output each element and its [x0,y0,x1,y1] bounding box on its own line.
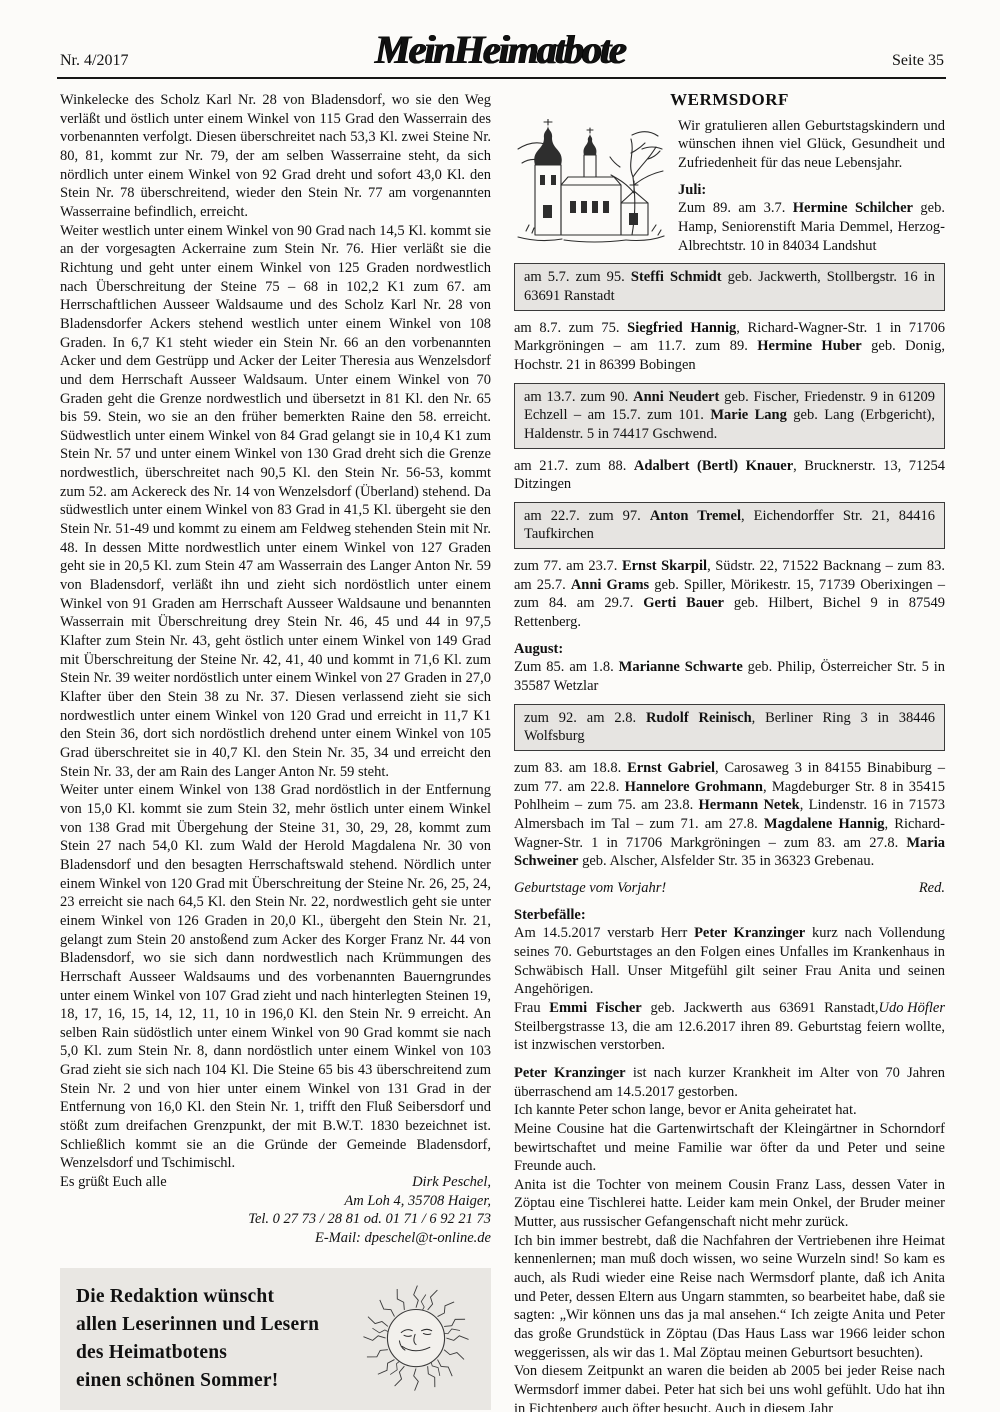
boxed-birthday-entry: am 22.7. zum 97. Anton Tremel, Eichendor… [514,502,945,549]
memorial-paragraph: Peter Kranzinger ist nach kurzer Krankhe… [514,1064,945,1101]
birthday-entry: am 22.7. zum 97. Anton Tremel, Eichendor… [524,507,935,544]
redaktion-line: Die Redaktion wünscht [76,1283,319,1311]
signature-phone: Tel. 0 27 73 / 28 81 od. 01 71 / 6 92 21… [60,1210,491,1229]
newspaper-page: Nr. 4/2017 MeinHeimatbote Seite 35 Winke… [0,0,1000,1412]
vorjahr-note-row: Geburtstage vom Vorjahr! Red. [514,879,945,898]
boxed-birthday-entry: am 5.7. zum 95. Steffi Schmidt geb. Jack… [514,263,945,310]
page-number: Seite 35 [892,52,944,70]
birthday-entry: zum 83. am 18.8. Ernst Gabriel, Carosawe… [514,759,945,871]
redaktion-line: des Heimatbotens [76,1339,319,1367]
memorial-paragraph: Ich kannte Peter schon lange, bevor er A… [514,1101,945,1120]
church-icon [514,119,666,247]
memorial-paragraph: Anita ist die Tochter von meinem Cousin … [514,1176,945,1232]
month-heading-august: August: [514,640,945,659]
section-title-wermsdorf: WERMSDORF [514,91,945,110]
masthead-title: MeinHeimatbote [0,26,1000,73]
boundary-description-paragraph-1: Winkelecke des Scholz Karl Nr. 28 von Bl… [60,91,491,222]
redaktion-line: einen schönen Sommer! [76,1367,319,1395]
memorial-paragraph: Ich bin immer bestrebt, daß die Nachfahr… [514,1232,945,1363]
signature-email: E-Mail: dpeschel@t-online.de [60,1229,491,1248]
memorial-text: Peter Kranzinger ist nach kurzer Krankhe… [514,1064,945,1412]
left-column: Winkelecke des Scholz Karl Nr. 28 von Bl… [60,91,491,1412]
closing-greeting: Es grüßt Euch alle [60,1173,167,1192]
birthday-entry: am 8.7. zum 75. Siegfried Hannig, Richar… [514,319,945,375]
birthday-entry: am 13.7. zum 90. Anni Neudert geb. Fisch… [524,388,935,444]
boundary-description-paragraph-3: Weiter unter einem Winkel von 138 Grad n… [60,781,491,1173]
obituary-notice: Am 14.5.2017 verstarb Herr Peter Kranzin… [514,924,945,999]
vorjahr-note: Geburtstage vom Vorjahr! [514,879,666,898]
header-rule [57,77,946,79]
closing-row: Es grüßt Euch alle Dirk Peschel, [60,1173,491,1192]
redaktion-abbrev: Red. [919,879,945,898]
birthday-entry: am 5.7. zum 95. Steffi Schmidt geb. Jack… [524,268,935,305]
birthday-entry: zum 77. am 23.7. Ernst Skarpil, Südstr. … [514,557,945,632]
boxed-birthday-entry: am 13.7. zum 90. Anni Neudert geb. Fisch… [514,383,945,449]
signature-name: Dirk Peschel, [412,1173,491,1192]
sterbefaelle-heading: Sterbefälle: [514,906,945,925]
birthday-entry: zum 92. am 2.8. Rudolf Reinisch, Berline… [524,709,935,746]
memorial-paragraph: Von diesem Zeitpunkt an waren die beiden… [514,1362,945,1412]
redaktion-line: allen Leserinnen und Lesern [76,1311,319,1339]
obituary-notice: Udo HöflerFrau Emmi Fischer geb. Jackwer… [514,999,945,1055]
redaktion-summer-box: Die Redaktion wünscht allen Leserinnen u… [60,1268,491,1410]
boxed-birthday-entry: zum 92. am 2.8. Rudolf Reinisch, Berline… [514,704,945,751]
birthday-entry: Zum 85. am 1.8. Marianne Schwarte geb. P… [514,658,945,695]
obituary-attribution: Udo Höfler [879,999,945,1018]
redaktion-message: Die Redaktion wünscht allen Leserinnen u… [76,1283,319,1395]
sun-face-icon [355,1280,477,1398]
memorial-paragraph: Meine Cousine hat die Gartenwirtschaft d… [514,1120,945,1176]
signature-address: Am Loh 4, 35708 Haiger, [60,1192,491,1211]
boundary-description-paragraph-2: Weiter westlich unter einem Winkel von 9… [60,222,491,782]
birthday-entry: am 21.7. zum 88. Adalbert (Bertl) Knauer… [514,457,945,494]
right-column: WERMSDORF [514,91,945,1412]
page-body: Winkelecke des Scholz Karl Nr. 28 von Bl… [60,91,946,1412]
